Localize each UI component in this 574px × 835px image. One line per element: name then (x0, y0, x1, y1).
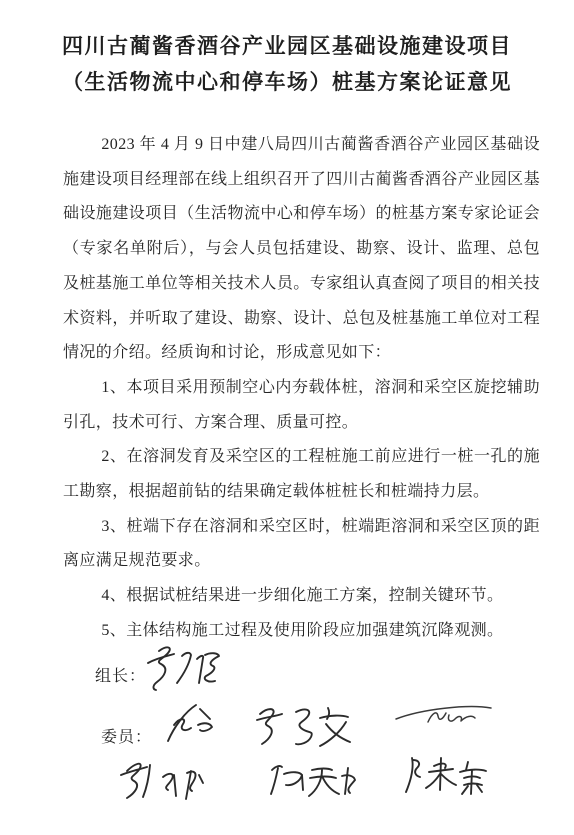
document-title: 四川古蔺酱香酒谷产业园区基础设施建设项目 （生活物流中心和停车场）桩基方案论证意… (0, 28, 574, 100)
paragraph-intro: 2023 年 4 月 9 日中建八局四川古蔺酱香酒谷产业园区基础设施建设项目经理… (63, 128, 540, 371)
title-line-1: 四川古蔺酱香酒谷产业园区基础设施建设项目 (0, 28, 574, 64)
document-page: 四川古蔺酱香酒谷产业园区基础设施建设项目 （生活物流中心和停车场）桩基方案论证意… (0, 0, 574, 835)
opinion-item-2: 2、在溶洞发育及采空区的工程桩施工前应进行一桩一孔的施工勘察，根据超前钻的结果确… (63, 440, 540, 509)
members-label: 委员： (101, 724, 152, 747)
member-signature-2 (250, 700, 362, 752)
document-body: 2023 年 4 月 9 日中建八局四川古蔺酱香酒谷产业园区基础设施建设项目经理… (63, 128, 540, 649)
opinion-item-1: 1、本项目采用预制空心内夯载体桩，溶洞和采空区旋挖辅助引孔，技术可行、方案合理、… (63, 371, 540, 440)
leader-signature (141, 643, 226, 695)
member-signature-1 (156, 699, 222, 749)
leader-label: 组长： (95, 663, 146, 686)
member-signature-6 (398, 750, 504, 806)
opinion-item-3: 3、桩端下存在溶洞和采空区时，桩端距溶洞和采空区顶的距离应满足规范要求。 (63, 510, 540, 579)
member-signature-4 (113, 751, 207, 807)
opinion-item-4: 4、根据试桩结果进一步细化施工方案，控制关键环节。 (63, 579, 540, 614)
member-signature-5 (262, 758, 362, 806)
opinion-item-5: 5、主体结构施工过程及使用阶段应加强建筑沉降观测。 (63, 614, 540, 649)
member-signature-3 (392, 695, 494, 735)
title-line-2: （生活物流中心和停车场）桩基方案论证意见 (0, 64, 574, 100)
